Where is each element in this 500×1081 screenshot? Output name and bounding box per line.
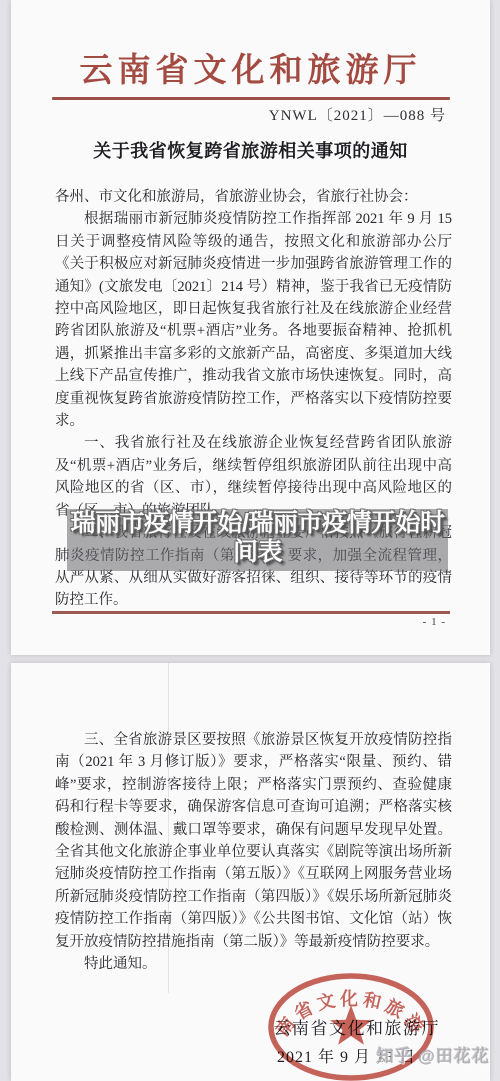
document-title: 关于我省恢复跨省旅游相关事项的通知 <box>11 137 490 163</box>
header-rule <box>52 97 450 100</box>
document-number: YNWL〔2021〕—088 号 <box>269 104 446 125</box>
page2-body: 三、全省旅游景区要按照《旅游景区恢复开放疫情防控指南（2021 年 3 月修订版… <box>55 729 452 975</box>
agency-header: 云南省文化和旅游厅 <box>11 44 490 91</box>
paragraph: 三、全省旅游景区要按照《旅游景区恢复开放疫情防控指南（2021 年 3 月修订版… <box>55 729 452 953</box>
headline-overlay: 瑞丽市疫情开始/瑞丽市疫情开始时 间表 <box>67 509 448 571</box>
page-number: - 1 - <box>423 616 446 628</box>
document-photo: 云南省文化和旅游厅 YNWL〔2021〕—088 号 关于我省恢复跨省旅游相关事… <box>0 0 500 1081</box>
salutation: 各州、市文化和旅游局，省旅游业协会，省旅行社协会： <box>55 186 452 208</box>
document-page-2: 三、全省旅游景区要按照《旅游景区恢复开放疫情防控指南（2021 年 3 月修订版… <box>11 663 490 1081</box>
paragraph: 根据瑞丽市新冠肺炎疫情防控工作指挥部 2021 年 9 月 15 日关于调整疫情… <box>55 208 452 432</box>
footer-rule <box>52 611 450 614</box>
zhihu-watermark: 知乎 @田花花 <box>377 1042 490 1067</box>
headline-line-2: 间表 <box>67 538 448 567</box>
headline-line-1: 瑞丽市疫情开始/瑞丽市疫情开始时 <box>67 509 448 538</box>
seal-star <box>330 1005 372 1045</box>
